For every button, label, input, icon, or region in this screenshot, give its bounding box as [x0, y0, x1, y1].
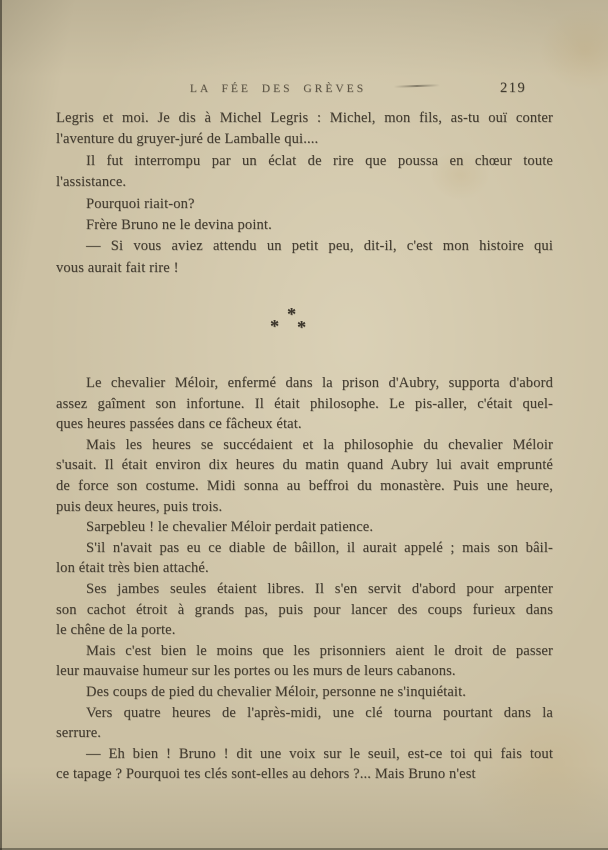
text-line: Sarpebleu ! le chevalier Méloir perdait …: [56, 517, 553, 538]
page-number: 219: [500, 80, 526, 97]
text-line: l'assistance.: [56, 172, 553, 193]
text-line: son cachot étroit à grands pas, puis pou…: [56, 600, 553, 621]
text-line: vous aurait fait rire !: [56, 258, 553, 279]
asterisk-ornament-icon: *: [287, 305, 296, 323]
text-line: l'aventure du gruyer-juré de Lamballe qu…: [56, 129, 553, 150]
text-line: ques heures passées dans ce fâcheux état…: [56, 414, 553, 435]
text-line: assez gaîment son infortune. Il était ph…: [56, 394, 553, 415]
text-line: Legris et moi. Je dis à Michel Legris : …: [56, 108, 553, 129]
pencil-scratch-mark: [394, 84, 440, 88]
text-line: Il fut interrompu par un éclat de rire q…: [56, 151, 553, 172]
text-line: Pourquoi riait-on?: [56, 194, 553, 215]
scan-edge-left: [0, 0, 2, 850]
section-separator: * * *: [270, 303, 320, 341]
text-line: Le chevalier Méloir, enfermé dans la pri…: [56, 373, 553, 394]
text-line: serrure.: [56, 723, 553, 744]
text-line: puis deux heures, puis trois.: [56, 497, 553, 518]
text-line: Vers quatre heures de l'après-midi, une …: [56, 703, 553, 724]
text-line: leur mauvaise humeur sur les portes ou l…: [56, 661, 553, 682]
asterisk-ornament-icon: *: [270, 317, 279, 335]
text-line: ce tapage ? Pourquoi tes clés sont-elles…: [56, 764, 553, 785]
text-line: Mais les heures se succédaient et la phi…: [56, 435, 553, 456]
text-line: le chêne de la porte.: [56, 620, 553, 641]
text-line: — Si vous aviez attendu un petit peu, di…: [56, 236, 553, 257]
text-line: S'il n'avait pas eu ce diable de bâillon…: [56, 538, 553, 559]
paper-stain: [540, 10, 608, 90]
running-title: LA FÉE DES GRÈVES: [190, 83, 366, 95]
text-column-after-break: Le chevalier Méloir, enfermé dans la pri…: [56, 373, 553, 785]
text-line: de force son costume. Midi sonna au beff…: [56, 476, 553, 497]
text-line: — Eh bien ! Bruno ! dit une voix sur le …: [56, 744, 553, 765]
book-page: LA FÉE DES GRÈVES 219 Legris et moi. Je …: [0, 0, 608, 850]
text-line: Mais c'est bien le moins que les prisonn…: [56, 641, 553, 662]
text-line: Ses jambes seules étaient libres. Il s'e…: [56, 579, 553, 600]
text-line: Des coups de pied du chevalier Méloir, p…: [56, 682, 553, 703]
text-line: s'usait. Il était environ dix heures du …: [56, 455, 553, 476]
text-line: Frère Bruno ne le devina point.: [56, 215, 553, 236]
text-line: lon était très bien attaché.: [56, 558, 553, 579]
asterisk-ornament-icon: *: [297, 318, 306, 336]
text-column-before-break: Legris et moi. Je dis à Michel Legris : …: [56, 108, 553, 279]
